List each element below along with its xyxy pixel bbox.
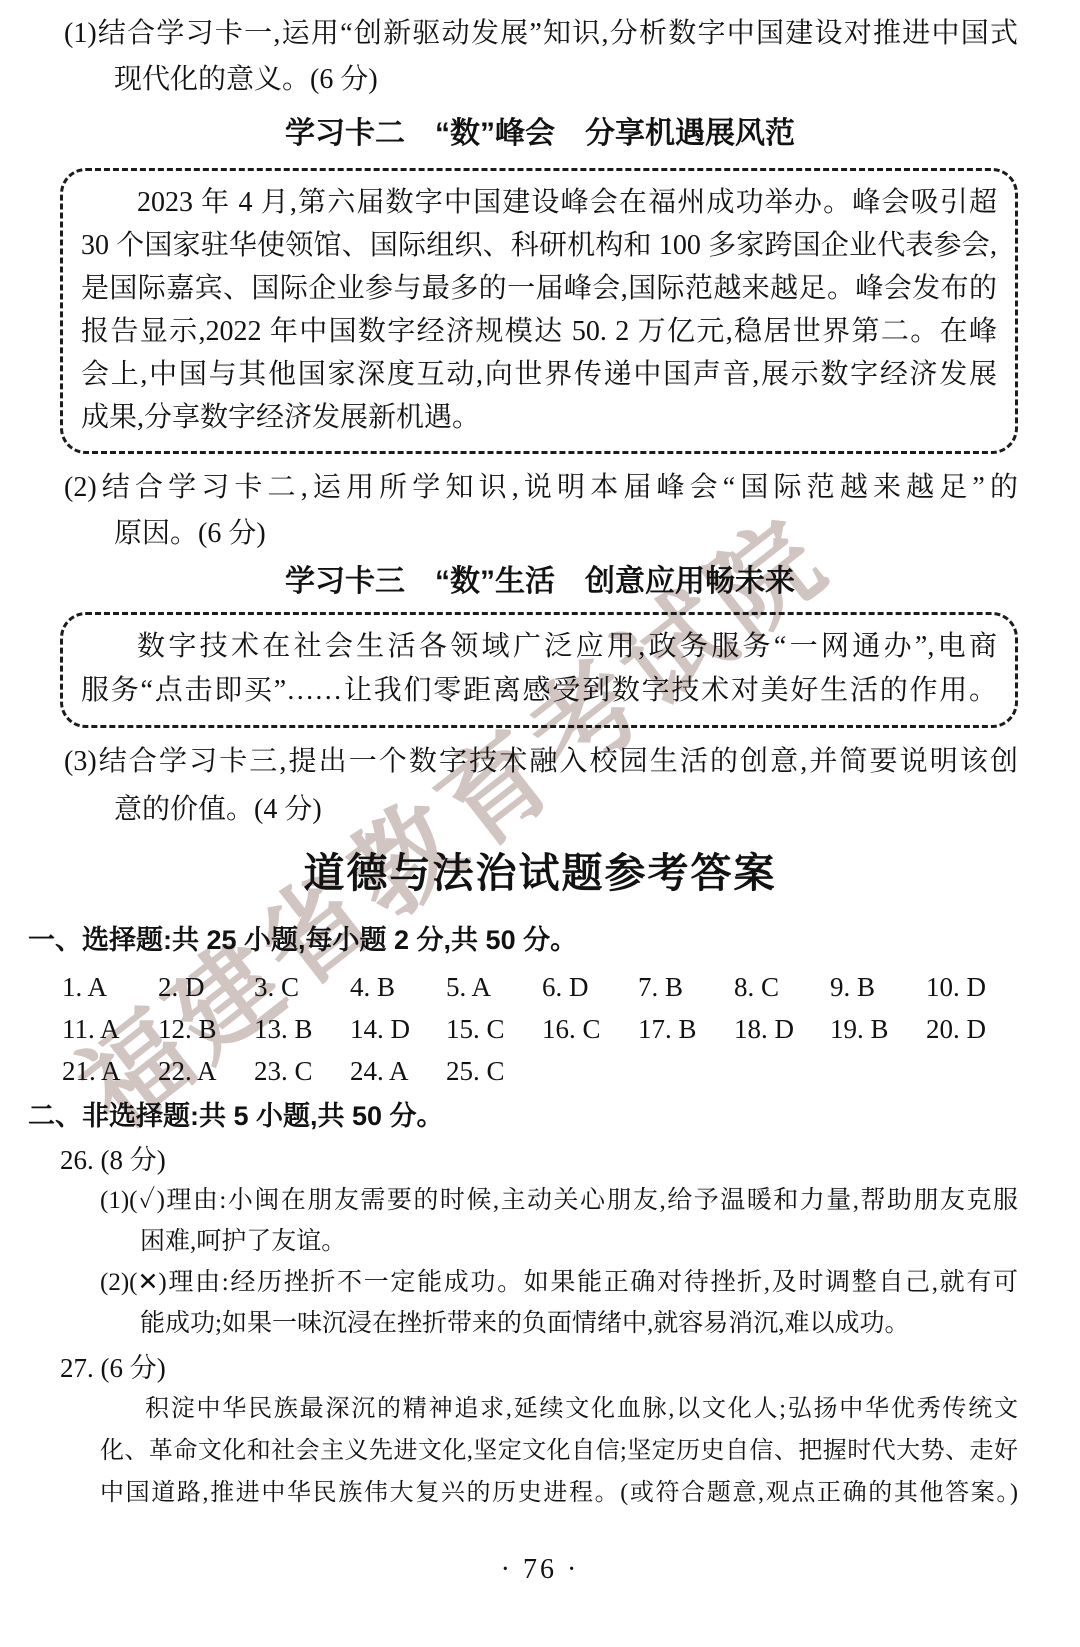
answer-item: 13. B [254,1008,350,1050]
answer-item: 22. A [158,1050,254,1092]
answer-row-1: 1. A 2. D 3. C 4. B 5. A 6. D 7. B 8. C … [62,966,1080,1008]
learning-card-2-box: 2023 年 4 月,第六届数字中国建设峰会在福州成功举办。峰会吸引超 30 个… [60,168,1018,454]
answer-27-line-1: 积淀中华民族最深沉的精神追求,延续文化血脉,以文化人;弘扬中华优秀传统文 [145,1388,1018,1430]
card3-text-line: 数字技术在社会生活各领域广泛应用,政务服务“一网通办”,电商 [81,625,997,669]
answer-item: 11. A [62,1008,158,1050]
answer-26-2-line-1: (2)(✕)理由:经历挫折不一定能成功。如果能正确对待挫折,及时调整自己,就有可 [100,1262,1018,1303]
learning-card-2-title: 学习卡二 “数”峰会 分享机遇展风范 [0,112,1080,156]
answer-item: 20. D [926,1008,1022,1050]
section-1-heading: 一、选择题:共 25 小题,每小题 2 分,共 50 分。 [28,920,1080,960]
card2-text-line: 成果,分享数字经济发展新机遇。 [81,396,997,439]
question-27-label: 27. (6 分) [60,1348,1080,1388]
answer-item: 24. A [350,1050,446,1092]
answer-26-1-line-2: 困难,呵护了友谊。 [140,1221,1018,1262]
answer-item: 10. D [926,966,1022,1008]
question-2-line-1: (2)结合学习卡二,运用所学知识,说明本届峰会“国际范越来越足”的 [64,468,1018,508]
card3-text-line: 服务“点击即买”……让我们零距离感受到数字技术对美好生活的作用。 [81,669,997,713]
card2-text-line: 30 个国家驻华使领馆、国际组织、科研机构和 100 多家跨国企业代表参会, [81,224,997,267]
answer-item: 15. C [446,1008,542,1050]
answer-row-2: 11. A 12. B 13. B 14. D 15. C 16. C 17. … [62,1008,1080,1050]
answer-item: 12. B [158,1008,254,1050]
answer-item: 4. B [350,966,446,1008]
question-2-line-2: 原因。(6 分) [114,514,1018,554]
answer-item: 17. B [638,1008,734,1050]
answer-item: 3. C [254,966,350,1008]
answer-26-1-line-1: (1)(✓)理由:小闽在朋友需要的时候,主动关心朋友,给予温暖和力量,帮助朋友克… [100,1180,1018,1221]
answer-item: 23. C [254,1050,350,1092]
page-number: · 76 · [0,1550,1080,1590]
learning-card-3-title: 学习卡三 “数”生活 创意应用畅未来 [0,560,1080,604]
answer-item: 19. B [830,1008,926,1050]
answer-item: 14. D [350,1008,446,1050]
question-3-line-1: (3)结合学习卡三,提出一个数字技术融入校园生活的创意,并简要说明该创 [64,742,1018,782]
exam-answer-page: (1)结合学习卡一,运用“创新驱动发展”知识,分析数字中国建设对推进中国式 现代… [0,0,1080,1590]
answer-item: 9. B [830,966,926,1008]
question-1-line-1: (1)结合学习卡一,运用“创新驱动发展”知识,分析数字中国建设对推进中国式 [64,14,1018,54]
card2-text-line: 2023 年 4 月,第六届数字中国建设峰会在福州成功举办。峰会吸引超 [81,181,997,224]
answer-item: 16. C [542,1008,638,1050]
answers-title: 道德与法治试题参考答案 [0,846,1080,900]
section-2-heading: 二、非选择题:共 5 小题,共 50 分。 [28,1096,1080,1136]
answer-item: 1. A [62,966,158,1008]
answer-item: 7. B [638,966,734,1008]
answer-item: 8. C [734,966,830,1008]
question-26-label: 26. (8 分) [60,1140,1080,1180]
answer-27-line-2: 化、革命文化和社会主义先进文化,坚定文化自信;坚定历史自信、把握时代大势、走好 [100,1430,1018,1472]
card2-text-line: 会上,中国与其他国家深度互动,向世界传递中国声音,展示数字经济发展 [81,353,997,396]
answer-item: 21. A [62,1050,158,1092]
answer-item: 25. C [446,1050,542,1092]
question-1-line-2: 现代化的意义。(6 分) [114,60,1018,100]
answer-26-2-line-2: 能成功;如果一味沉浸在挫折带来的负面情绪中,就容易消沉,难以成功。 [140,1303,1018,1344]
card2-text-line: 是国际嘉宾、国际企业参与最多的一届峰会,国际范越来越足。峰会发布的 [81,267,997,310]
card2-text-line: 报告显示,2022 年中国数字经济规模达 50. 2 万亿元,稳居世界第二。在峰 [81,310,997,353]
question-3-line-2: 意的价值。(4 分) [114,790,1018,830]
answer-item: 5. A [446,966,542,1008]
answer-item: 6. D [542,966,638,1008]
answer-27-line-3: 中国道路,推进中华民族伟大复兴的历史进程。(或符合题意,观点正确的其他答案。) [100,1472,1018,1514]
answer-row-3: 21. A 22. A 23. C 24. A 25. C [62,1050,1080,1092]
answer-item: 2. D [158,966,254,1008]
learning-card-3-box: 数字技术在社会生活各领域广泛应用,政务服务“一网通办”,电商 服务“点击即买”…… [60,612,1018,728]
answer-item: 18. D [734,1008,830,1050]
